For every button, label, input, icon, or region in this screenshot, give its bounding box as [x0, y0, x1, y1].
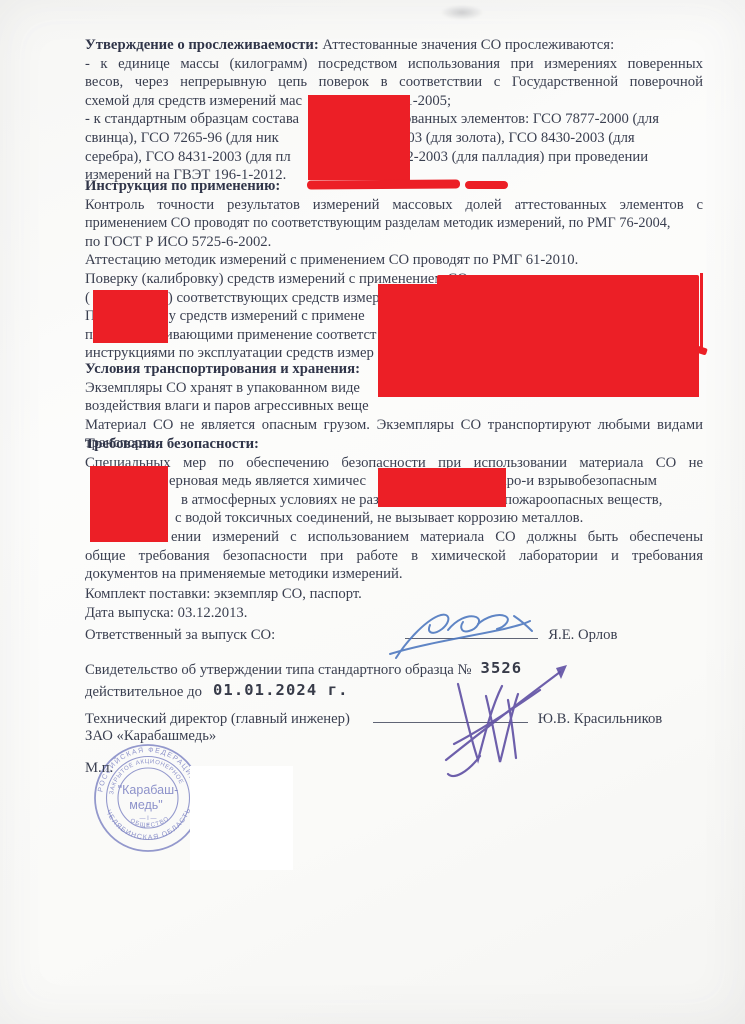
- text-segment: (: [85, 290, 90, 306]
- text-line: - к единице массы (килограмм) посредство…: [85, 55, 703, 74]
- text-segment: п: [85, 327, 93, 343]
- text-segment: у средств измерений с примене: [169, 308, 365, 324]
- section-heading: Требования безопасности:: [85, 436, 259, 452]
- text-segment: весов, через непрерывную цепь поверок в …: [85, 74, 703, 90]
- text-segment: применением СО проводят по соответствующ…: [85, 215, 670, 231]
- text-line: документов на применяемые методики измер…: [85, 565, 703, 584]
- text-line: ении измерений с использованием материал…: [85, 528, 703, 547]
- text-line: Комплект поставки: экземпляр СО, паспорт…: [85, 585, 703, 604]
- text-segment: общие требования безопасности при работе…: [85, 548, 703, 564]
- text-segment: Аттестацию методик измерений с применени…: [85, 252, 578, 268]
- text-segment: - к стандартным образцам состава: [85, 111, 299, 127]
- responsible-label: Ответственный за выпуск СО:: [85, 627, 275, 643]
- company-round-stamp: РОССИЙСКАЯ ФЕДЕРАЦИЯ ЧЕЛЯБИНСКАЯ ОБЛАСТЬ…: [92, 742, 204, 854]
- text-segment: Материал СО не является опасным грузом. …: [85, 417, 703, 433]
- text-line: Аттестацию методик измерений с применени…: [85, 251, 703, 270]
- scan-smudge: [440, 5, 484, 20]
- text-segment: - к единице массы (килограмм) посредство…: [85, 56, 703, 72]
- text-segment: с водой токсичных соединений, не вызывае…: [175, 510, 583, 526]
- seal-placeholder-label: М.п.: [85, 760, 113, 777]
- text-line: по ГОСТ Р ИСО 5725-6-2002.: [85, 233, 703, 252]
- redaction-box-traceability: [308, 95, 410, 180]
- signature-arrowhead: [556, 665, 567, 679]
- text-line: с водой токсичных соединений, не вызывае…: [85, 509, 703, 528]
- redaction-edge-line: [700, 273, 703, 352]
- text-segment: Экземпляры СО хранят в упакованном виде: [85, 380, 360, 396]
- text-segment: 432-2003 (для палладия) при проведении: [392, 149, 648, 165]
- redaction-scribble-1: [307, 179, 460, 189]
- text-segment: стованных элементов: ГСО 7877-2000 (для: [391, 111, 659, 127]
- certificate-valid-until-date: 01.01.2024 г.: [213, 681, 349, 699]
- text-segment: документов на применяемые методики измер…: [85, 566, 403, 582]
- text-segment: Контроль точности результатов измерений …: [85, 197, 703, 213]
- text-segment: ерновая медь является химичес: [169, 473, 366, 489]
- responsible-name: Я.Е. Орлов: [548, 627, 617, 643]
- section-heading: Утверждение о прослеживаемости:: [85, 37, 322, 53]
- text-segment: Аттестованные значения СО прослеживаются…: [322, 37, 614, 53]
- stamp-center-line2: медь": [129, 798, 163, 812]
- text-line: воздействия влаги и паров агрессивных ве…: [85, 397, 703, 416]
- director-row: Технический директор (главный инженер)Ю.…: [85, 709, 662, 728]
- text-segment: по ГОСТ Р ИСО 5725-6-2002.: [85, 234, 271, 250]
- certificate-line1: Свидетельство об утверждении типа станда…: [85, 662, 472, 678]
- stamp-center-mark: — І —: [139, 816, 156, 822]
- redaction-box-mid-safety: [378, 468, 506, 507]
- text-segment: ивающими применение соответст: [165, 327, 377, 343]
- text-line: общие требования безопасности при работе…: [85, 547, 703, 566]
- text-segment: серебра), ГСО 8431-2003 (для пл: [85, 149, 291, 165]
- text-line: Требования безопасности:: [85, 435, 703, 454]
- text-line: применением СО проводят по соответствующ…: [85, 214, 684, 233]
- text-line: Контроль точности результатов измерений …: [85, 196, 703, 215]
- text-segment: свинца), ГСО 7265-96 (для ник: [85, 130, 279, 146]
- redaction-box-left-safety: [90, 466, 168, 542]
- text-segment: схемой для средств измерений мас: [85, 93, 302, 109]
- text-segment: -2003 (для золота), ГСО 8430-2003 (для: [388, 130, 635, 146]
- text-segment: инструкциями по эксплуатации средств изм…: [85, 345, 374, 361]
- redaction-box-large-right: [378, 284, 699, 397]
- text-segment: м пожароопасных веществ,: [491, 492, 662, 508]
- text-segment: ении измерений с использованием материал…: [171, 529, 703, 545]
- director-label: Технический директор (главный инженер): [85, 711, 350, 727]
- text-segment: ) соответствующих средств измер: [168, 290, 380, 306]
- redaction-scribble-2: [465, 181, 508, 189]
- redaction-box-left-instructions: [93, 290, 168, 343]
- stamp-redaction-white-box: [190, 766, 293, 870]
- section-heading: Инструкция по применению:: [85, 178, 280, 194]
- text-segment: воздействия влаги и паров агрессивных ве…: [85, 398, 369, 414]
- section-heading: Условия транспортирования и хранения:: [85, 361, 360, 377]
- scanned-document-page: Утверждение о прослеживаемости: Аттестов…: [0, 0, 745, 1024]
- stamp-center-line1: "Карабаш-: [118, 783, 179, 797]
- text-segment: Дата выпуска: 03.12.2013.: [85, 605, 247, 621]
- text-segment: Комплект поставки: экземпляр СО, паспорт…: [85, 586, 362, 602]
- section-safety: Требования безопасности:Специальных мер …: [85, 435, 703, 584]
- text-line: весов, через непрерывную цепь поверок в …: [85, 73, 703, 92]
- seal-placeholder-text: М.п.: [85, 760, 113, 776]
- text-segment: в атмосферных условиях не разл: [181, 492, 386, 508]
- text-segment: жаро-и взрывобезопасным: [490, 473, 657, 489]
- stamp-center-star: *: [147, 823, 150, 830]
- text-line: Материал СО не является опасным грузом. …: [85, 416, 703, 435]
- text-line: Утверждение о прослеживаемости: Аттестов…: [85, 36, 703, 55]
- signature-krasilnikov-ink: [428, 656, 573, 778]
- certificate-line2: действительное до: [85, 684, 202, 700]
